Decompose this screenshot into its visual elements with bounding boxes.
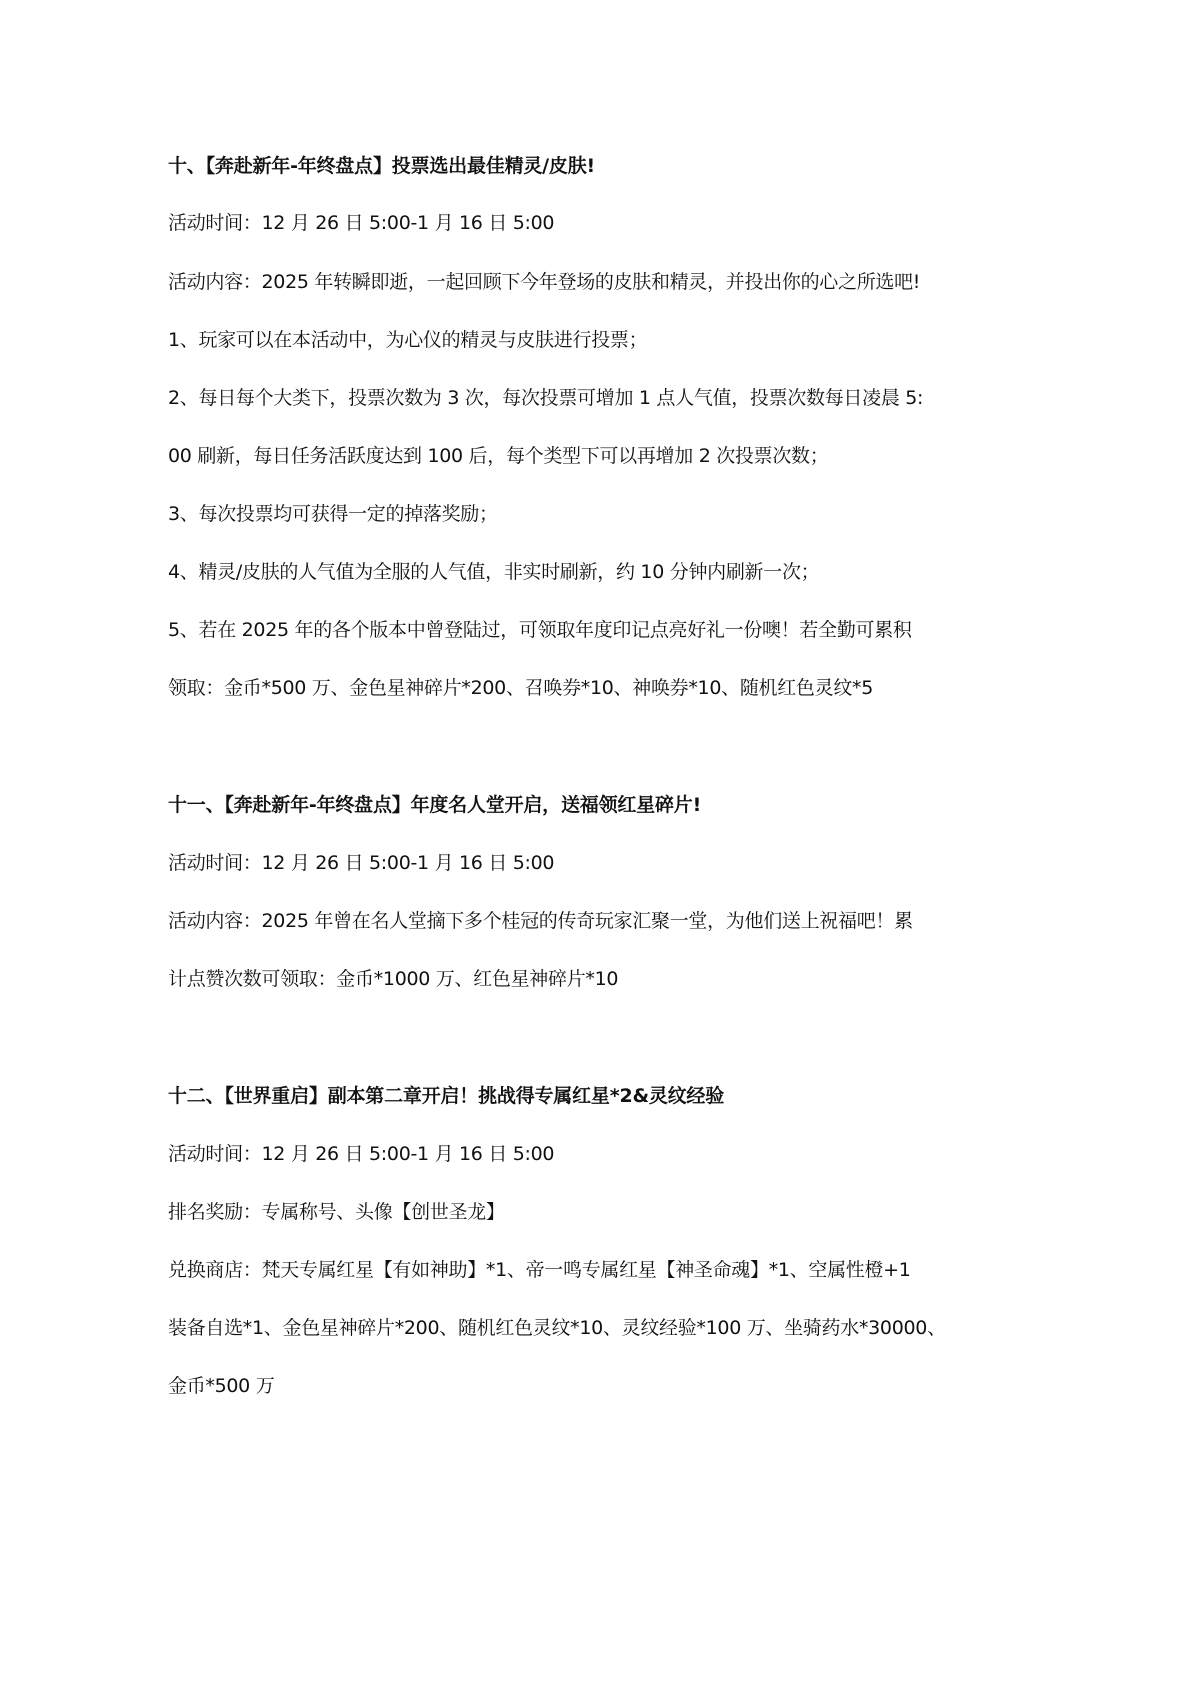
section-12-ranking-reward: 排名奖励：专属称号、头像【创世圣龙】 [168,1199,505,1225]
section-12-exchange-shop-cont: 装备自选*1、金色星神碎片*200、随机红色灵纹*10、灵纹经验*100 万、坐… [168,1315,946,1341]
section-11-content-cont: 计点赞次数可领取：金币*1000 万、红色星神碎片*10 [168,966,618,992]
section-10-rule-5-cont: 领取：金币*500 万、金色星神碎片*200、召唤券*10、神唤券*10、随机红… [168,675,873,701]
section-10-rule-3: 3、每次投票均可获得一定的掉落奖励； [168,501,498,527]
section-10-rule-2-cont: 00 刷新，每日任务活跃度达到 100 后，每个类型下可以再增加 2 次投票次数… [168,443,828,469]
section-10-content: 活动内容：2025 年转瞬即逝，一起回顾下今年登场的皮肤和精灵，并投出你的心之所… [168,269,920,295]
section-12-heading: 十二、【世界重启】副本第二章开启！挑战得专属红星*2&灵纹经验 [168,1083,724,1109]
section-10-time: 活动时间：12 月 26 日 5:00-1 月 16 日 5:00 [168,210,554,236]
section-11-content: 活动内容：2025 年曾在名人堂摘下多个桂冠的传奇玩家汇聚一堂，为他们送上祝福吧… [168,908,913,934]
section-10-rule-5: 5、若在 2025 年的各个版本中曾登陆过，可领取年度印记点亮好礼一份噢！若全勤… [168,617,912,643]
section-12-exchange-shop: 兑换商店：梵天专属红星【有如神助】*1、帝一鸣专属红星【神圣命魂】*1、空属性橙… [168,1257,911,1283]
section-12-time: 活动时间：12 月 26 日 5:00-1 月 16 日 5:00 [168,1141,554,1167]
section-10-rule-1: 1、玩家可以在本活动中，为心仪的精灵与皮肤进行投票； [168,327,647,353]
section-11-heading: 十一、【奔赴新年-年终盘点】年度名人堂开启，送福领红星碎片! [168,792,701,818]
section-11-time: 活动时间：12 月 26 日 5:00-1 月 16 日 5:00 [168,850,554,876]
section-10-heading: 十、【奔赴新年-年终盘点】投票选出最佳精灵/皮肤! [168,153,595,179]
section-10-rule-2: 2、每日每个大类下，投票次数为 3 次，每次投票可增加 1 点人气值，投票次数每… [168,385,923,411]
section-12-exchange-shop-cont-2: 金币*500 万 [168,1373,274,1399]
section-10-rule-4: 4、精灵/皮肤的人气值为全服的人气值，非实时刷新，约 10 分钟内刷新一次； [168,559,819,585]
